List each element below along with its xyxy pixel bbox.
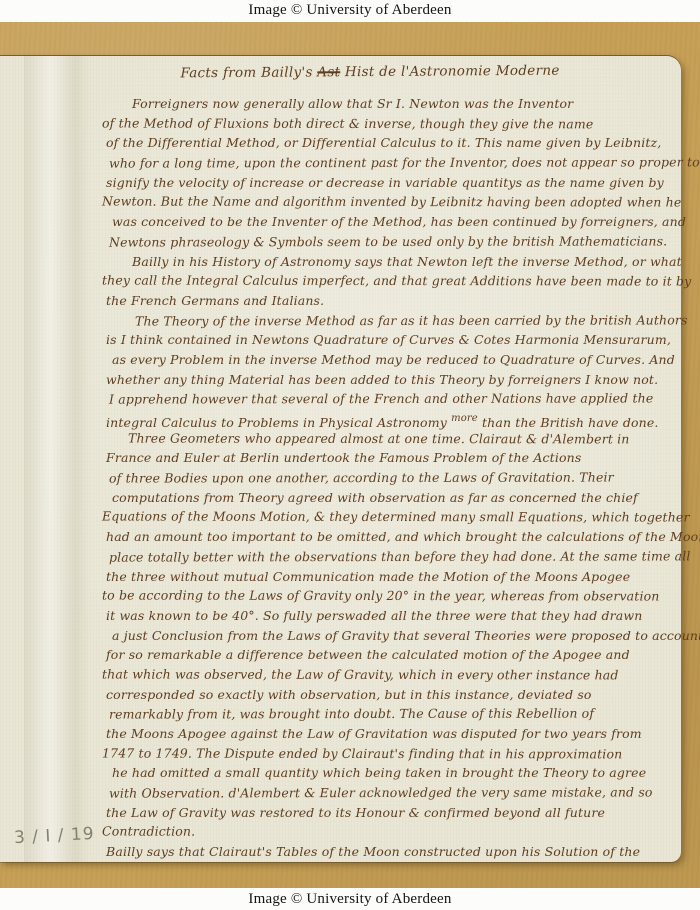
manuscript-line: of three Bodies upon one another, accord… <box>109 467 671 488</box>
manuscript-line: the three without mutual Communication m… <box>106 567 668 587</box>
manuscript-line: as every Problem in the inverse Method m… <box>112 350 674 370</box>
manuscript-line: remarkably from it, was brought into dou… <box>109 704 671 725</box>
manuscript-line: a just Conclusion from the Laws of Gravi… <box>112 626 674 646</box>
manuscript-line: the French Germans and Italians. <box>106 291 668 311</box>
manuscript-line: I apprehend however that several of the … <box>109 389 671 410</box>
manuscript-line: corresponded so exactly with observation… <box>106 685 668 705</box>
manuscript-line: they call the Integral Calculus imperfec… <box>102 271 664 292</box>
title-text-pre: Facts from Bailly's <box>180 64 317 81</box>
title-struck-word: Ast <box>317 64 340 80</box>
manuscript-line: with Observation. d'Alembert & Euler ack… <box>109 782 671 803</box>
manuscript-line: was conceived to be the Inventer of the … <box>112 212 674 232</box>
copyright-caption-bottom: Image © University of Aberdeen <box>0 891 700 908</box>
manuscript-line: Bailly says that Clairaut's Tables of th… <box>106 842 668 862</box>
manuscript-title: Facts from Bailly's Ast Hist de l'Astron… <box>130 62 610 81</box>
manuscript-line: Bailly in his History of Astronomy says … <box>106 252 668 272</box>
manuscript-line: of the Method of Fluxions both direct & … <box>102 113 664 134</box>
manuscript-line: Three Geometers who appeared almost at o… <box>102 428 664 449</box>
manuscript-line: of the Differential Method, or Different… <box>106 133 668 153</box>
manuscript-page: Facts from Bailly's Ast Hist de l'Astron… <box>0 56 681 862</box>
backing-mat: Facts from Bailly's Ast Hist de l'Astron… <box>0 22 700 888</box>
manuscript-line: Contradiction. <box>102 822 664 843</box>
manuscript-line: for so remarkable a difference between t… <box>106 645 668 665</box>
manuscript-line: 1747 to 1749. The Dispute ended by Clair… <box>102 743 664 764</box>
manuscript-line: to be according to the Laws of Gravity o… <box>102 586 664 607</box>
shelf-mark: 3 / I / 19 <box>14 824 95 848</box>
line-text: than the British have done. <box>478 415 659 430</box>
manuscript-line: place totally better with the observatio… <box>109 546 671 567</box>
manuscript-line: signify the velocity of increase or decr… <box>106 173 668 193</box>
manuscript-line: he had omitted a small quantity which be… <box>112 763 674 783</box>
manuscript-line: integral Calculus to Problems in Physica… <box>106 409 668 429</box>
manuscript-line: The Theory of the inverse Method as far … <box>109 310 671 331</box>
manuscript-line: Forreigners now generally allow that Sr … <box>106 94 668 114</box>
manuscript-line: who for a long time, upon the continent … <box>109 152 671 173</box>
manuscript-line: the Law of Gravity was restored to its H… <box>106 803 668 823</box>
manuscript-line: whether any thing Material has been adde… <box>106 370 668 390</box>
title-text-post: Hist de l'Astronomie Moderne <box>340 63 559 81</box>
manuscript-line: is I think contained in Newtons Quadratu… <box>106 330 668 350</box>
manuscript-line: that which was observed, the Law of Grav… <box>102 664 664 685</box>
inserted-word: more <box>451 413 478 424</box>
manuscript-text: Forreigners now generally allow that Sr … <box>106 94 668 862</box>
manuscript-line: it was known to be 40°. So fully perswad… <box>106 606 668 626</box>
manuscript-line: computations from Theory agreed with obs… <box>112 488 674 508</box>
manuscript-line: Newton. But the Name and algorithm inven… <box>102 192 664 213</box>
manuscript-line: Newtons phraseology & Symbols seem to be… <box>109 231 671 252</box>
manuscript-line: the Moons Apogee against the Law of Grav… <box>106 724 668 744</box>
manuscript-line: had an amount too important to be omitte… <box>106 527 668 547</box>
page-fold-crease <box>24 56 90 862</box>
manuscript-line: France and Euler at Berlin undertook the… <box>106 448 668 468</box>
copyright-caption-top: Image © University of Aberdeen <box>0 2 700 19</box>
manuscript-line: Equations of the Moons Motion, & they de… <box>102 507 664 528</box>
